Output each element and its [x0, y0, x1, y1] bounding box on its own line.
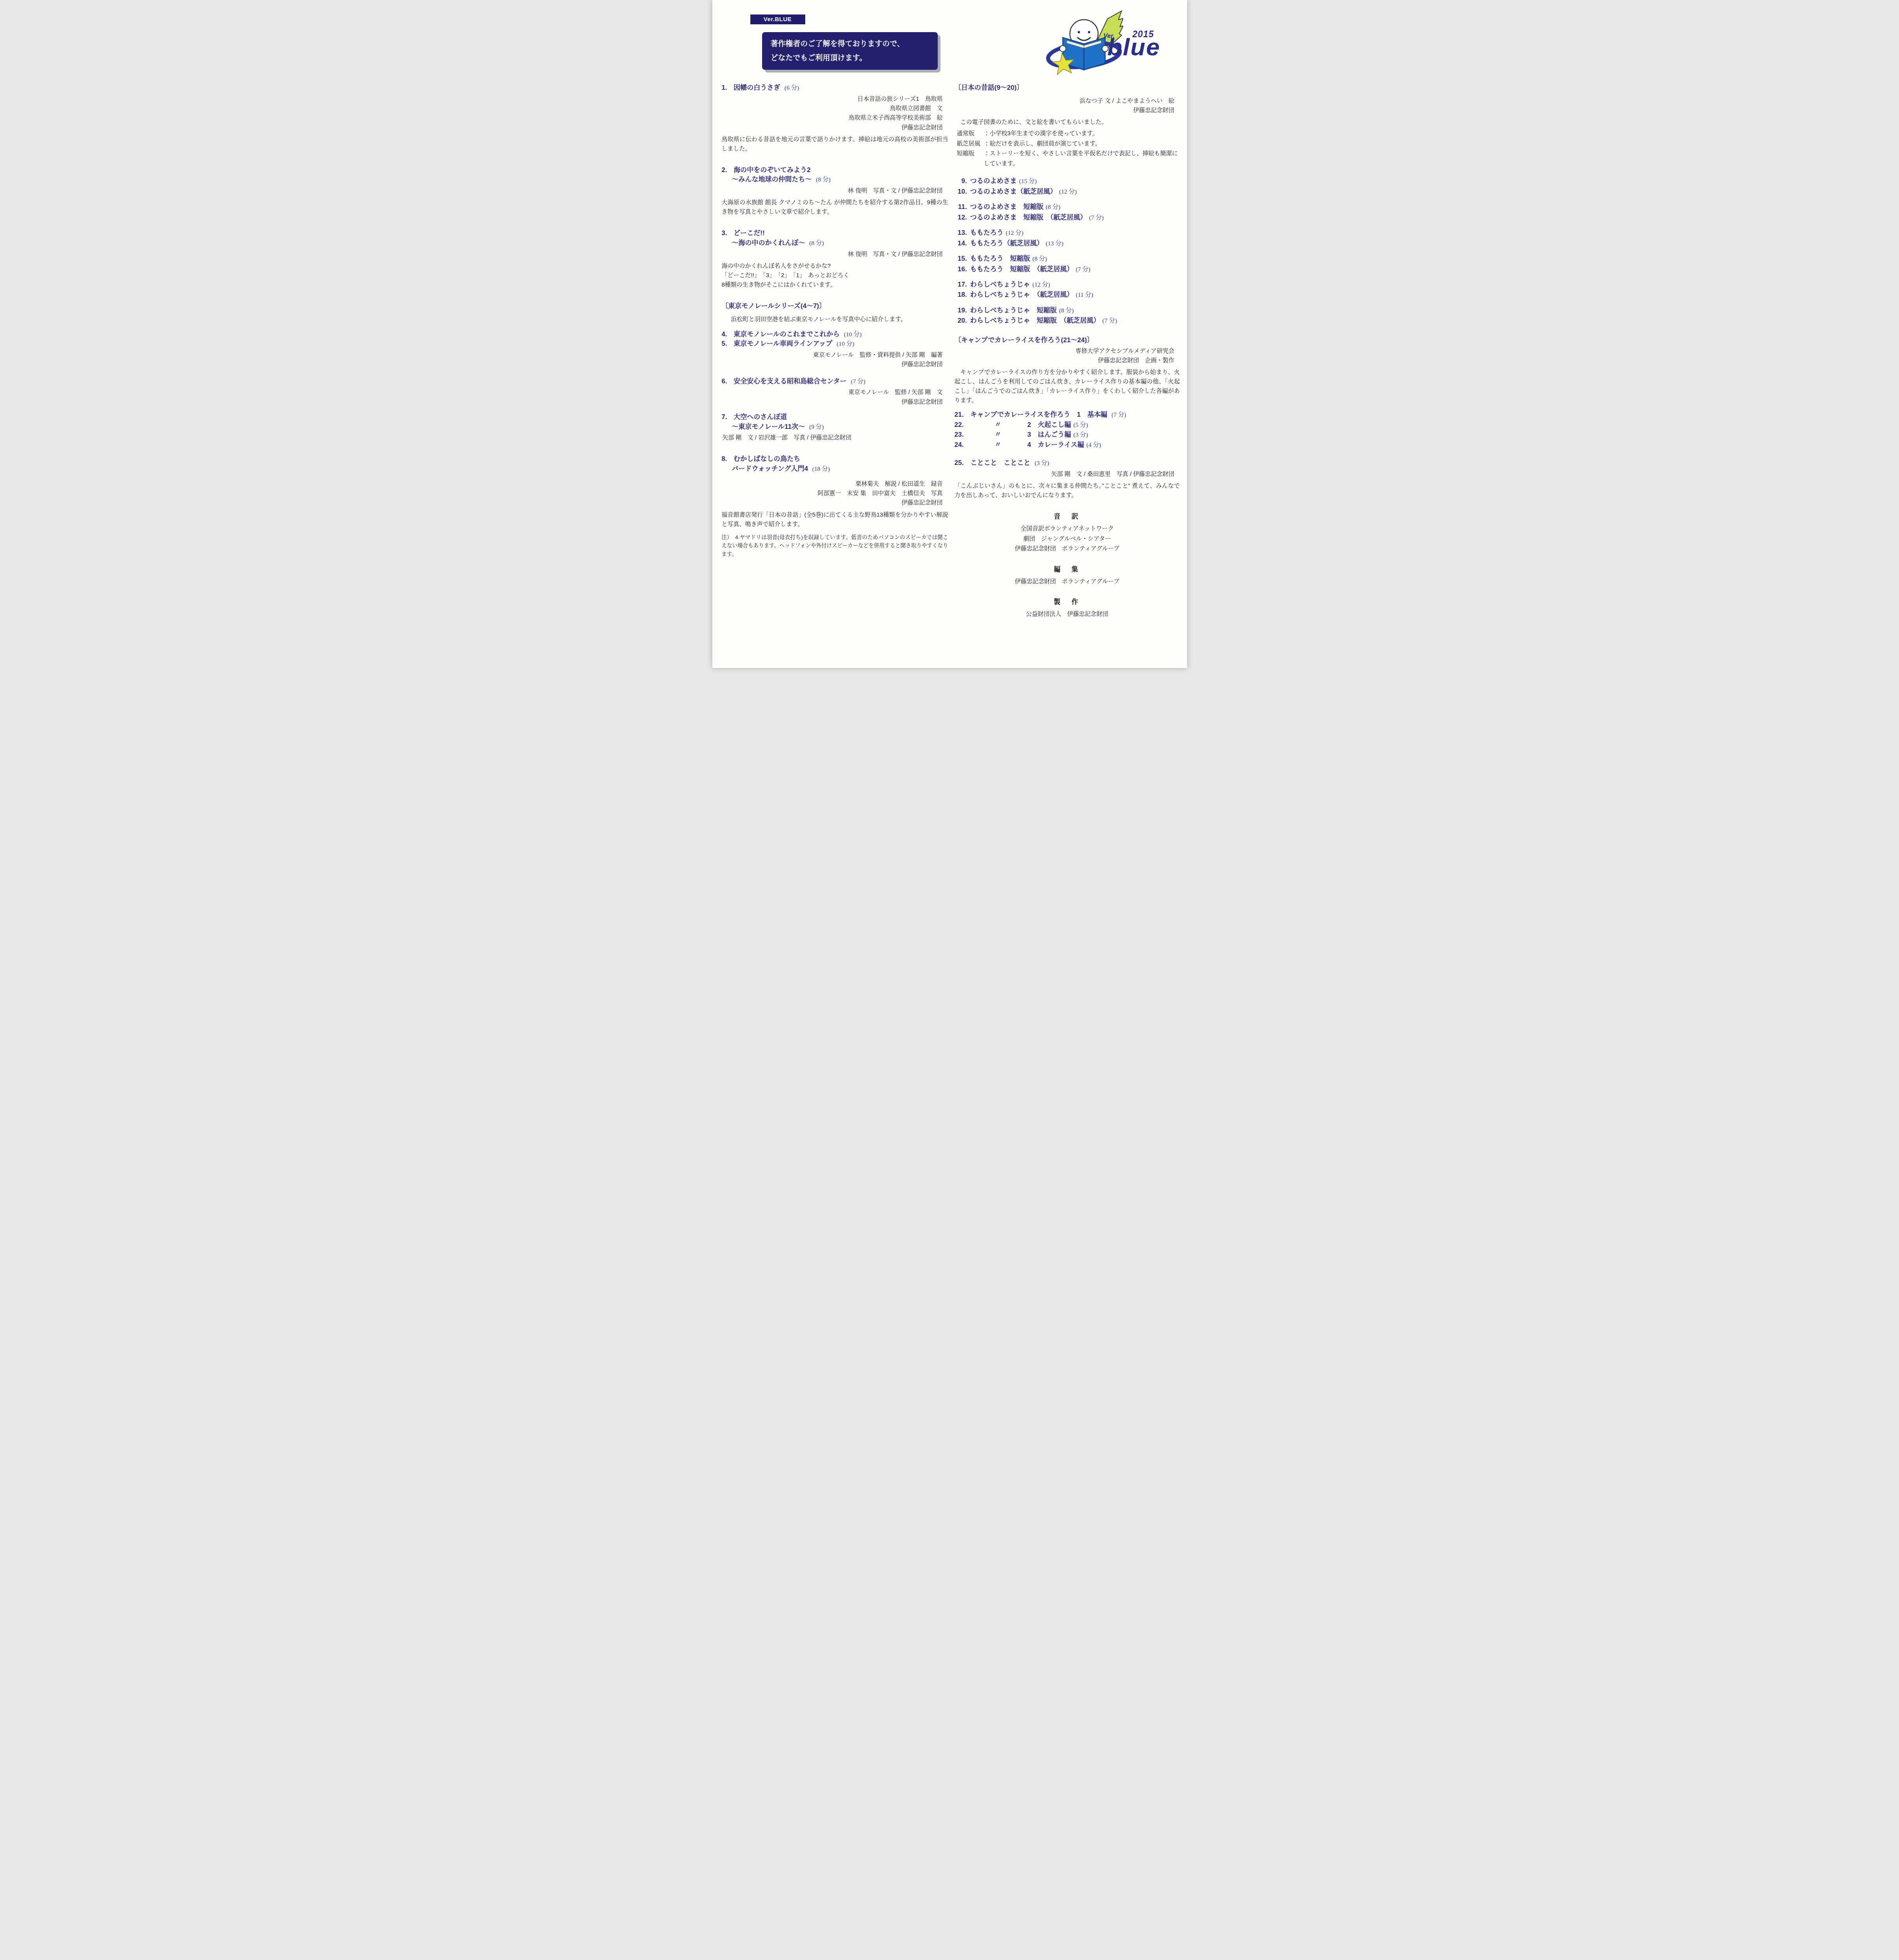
scanned-catalog-page: Ver.BLUE 著作権者のご了解を得ておりますので、 どなたでもご利用頂けます…: [712, 0, 1187, 668]
item-title-line: 21. キャンプでカレーライスを作ろう 1 基本編 (7 分): [955, 410, 1180, 420]
two-column-body: 1. 因幡の白うさぎ (6 分) 日本昔話の旅シリーズ1 鳥取県 鳥取県立図書館…: [712, 83, 1187, 619]
page-header: Ver.BLUE 著作権者のご了解を得ておりますので、 どなたでもご利用頂けます…: [712, 0, 1187, 83]
staff-credits: 音 訳全国音訳ボランティアネットワーク 劇団 ジャングルベル・シアター 伊藤忠記…: [955, 511, 1180, 619]
item-number: 11.: [955, 202, 967, 211]
item-title: ことこと ことこと: [970, 459, 1030, 466]
item-duration: (12 分): [1057, 188, 1077, 196]
item-number: 21.: [955, 410, 969, 420]
item-part: 2 火起こし編: [1028, 421, 1071, 428]
item-description: 福音館書店発行「日本の昔話」(全5巻)に出てくる主な野鳥13種類を分かりやすい解…: [722, 510, 948, 529]
item-number: 2.: [722, 165, 732, 175]
series-description: キャンプでカレーライスの作り方を分かりやすく紹介します。服装から始まり、火起こし…: [955, 368, 1180, 405]
item-number: 13.: [955, 228, 967, 237]
staff-lines: 全国音訳ボランティアネットワーク 劇団 ジャングルベル・シアター 伊藤忠記念財団…: [955, 524, 1180, 554]
item-subtitle-line: 〜みんな地球の仲間たち〜 (8 分): [722, 175, 948, 185]
item-number: 24.: [955, 440, 969, 450]
staff-heading: 音 訳: [955, 511, 1180, 521]
item-duration: (7 分): [848, 378, 865, 385]
item-title: ももたろう: [970, 228, 1004, 237]
item-credits: 栗林菊夫 解説 / 松田道生 録音 阿部憲一 末安 集 田中富夫 土橋信夫 写真…: [722, 479, 948, 508]
item-number: 15.: [955, 254, 967, 263]
series-credits: 浜なつ子 文 / よこやまようへい 絵 伊藤忠記念財団: [955, 96, 1180, 116]
version-row: 短縮版：ストーリーを短く、やさしい言葉を平仮名だけで表記し、挿絵も簡潔にしていま…: [955, 149, 1180, 169]
item-number: 25.: [955, 458, 969, 468]
item-duration: (10 分): [842, 331, 862, 338]
item-number: 17.: [955, 280, 967, 289]
monorail-series-section: 〔東京モノレールシリーズ(4〜7)〕 浜松町と羽田空港を結ぶ東京モノレールを写真…: [722, 301, 948, 443]
item-number: 6.: [722, 377, 732, 387]
version-label: 通常版: [957, 129, 984, 139]
list-item: 10.つるのよめさま（紙芝居風）(12 分): [955, 187, 1180, 196]
item-credits: 矢部 剛 文 / 桑田恵里 写真 / 伊藤忠記念財団: [955, 470, 1180, 479]
staff-heading: 製 作: [955, 597, 1180, 606]
item-number: 16.: [955, 265, 967, 274]
item-title: わらしべちょうじゃ （紙芝居風）: [970, 290, 1074, 299]
series-header: 〔日本の昔話(9〜20)〕: [955, 83, 1180, 93]
ditto-mark: 〃: [969, 430, 1028, 440]
item-title-line: 1. 因幡の白うさぎ (6 分): [722, 83, 948, 93]
item-number: 8.: [722, 454, 732, 464]
item-title: どーこだ!!: [733, 229, 764, 237]
item-duration: (12 分): [1004, 229, 1024, 237]
item-number: 22.: [955, 420, 969, 430]
list-item: 14.ももたろう（紙芝居風）(13 分): [955, 239, 1180, 248]
left-column: 1. 因幡の白うさぎ (6 分) 日本昔話の旅シリーズ1 鳥取県 鳥取県立図書館…: [722, 83, 948, 619]
list-item: 19.わらしべちょうじゃ 短縮版(8 分): [955, 306, 1180, 315]
item-part-line: 3 はんごう編(3 分): [1028, 430, 1180, 440]
item-title: つるのよめさま 短縮版 （紙芝居風）: [970, 213, 1087, 222]
camp-series-section: 〔キャンプでカレーライスを作ろう(21〜24)〕 専修大学アクセシブルメディア研…: [955, 336, 1180, 450]
item-duration: (6 分): [782, 85, 799, 91]
version-label: 短縮版: [957, 149, 984, 169]
item-duration: (10 分): [834, 341, 854, 347]
item-duration: (7 分): [1073, 265, 1090, 274]
item-description: 「こんぶじいさん」のもとに、次々に集まる仲間たち。”ことこと” 煮えて、みんなで…: [955, 481, 1180, 500]
item-duration: (8 分): [813, 176, 830, 183]
list-item: 18.わらしべちょうじゃ （紙芝居風）(11 分): [955, 290, 1180, 299]
item-title: つるのよめさま 短縮版: [970, 202, 1044, 211]
list-item: 11.つるのよめさま 短縮版(8 分): [955, 202, 1180, 211]
item-title-line: 7. 大空へのさんぽ道: [722, 412, 948, 422]
version-label: 紙芝居風: [957, 139, 984, 149]
list-item: 17.わらしべちょうじゃ(12 分): [955, 280, 1180, 289]
item-credits: 林 俊明 写真・文 / 伊藤忠記念財団: [722, 250, 948, 259]
list-item: 15.ももたろう 短縮版(8 分): [955, 254, 1180, 263]
version-text: ：ストーリーを短く、やさしい言葉を平仮名だけで表記し、挿絵も簡潔にしています。: [984, 149, 1180, 169]
item-title: キャンプでカレーライスを作ろう 1 基本編: [970, 411, 1107, 418]
series-header: 〔東京モノレールシリーズ(4〜7)〕: [722, 301, 948, 311]
item-duration: (3 分): [1071, 432, 1088, 438]
item-title: ももたろう 短縮版: [970, 254, 1030, 263]
item-title: 東京モノレールのこれまでこれから: [733, 330, 840, 338]
item-part-line: 4 カレーライス編(4 分): [1028, 440, 1180, 450]
item-duration: (7 分): [1087, 214, 1104, 222]
staff-section: 編 集伊藤忠記念財団 ボランティアグループ: [955, 564, 1180, 587]
item-subtitle: バードウォッチング入門4: [732, 465, 808, 472]
item-title: 海の中をのぞいてみよう2: [733, 166, 810, 174]
item-part: 4 カレーライス編: [1028, 441, 1084, 448]
item-title: 東京モノレール車両ラインアップ: [733, 340, 832, 347]
item-description: 鳥取県に伝わる昔話を地元の言葉で語りかけます。挿絵は地元の高校の美術部が担当しま…: [722, 135, 948, 154]
ditto-mark: 〃: [969, 440, 1028, 450]
staff-section: 音 訳全国音訳ボランティアネットワーク 劇団 ジャングルベル・シアター 伊藤忠記…: [955, 511, 1180, 554]
staff-heading: 編 集: [955, 564, 1180, 573]
series-intro: 浜松町と羽田空港を結ぶ東京モノレールを写真中心に紹介します。: [731, 315, 948, 324]
item-part: 3 はんごう編: [1028, 431, 1071, 438]
copyright-notice-box: 著作権者のご了解を得ておりますので、 どなたでもご利用頂けます。: [762, 32, 938, 70]
staff-section: 製 作公益財団法人 伊藤忠記念財団: [955, 597, 1180, 619]
item-duration: (13 分): [1044, 240, 1064, 248]
item-duration: (8 分): [807, 240, 824, 247]
item-title-line: 5. 東京モノレール車両ラインアップ (10 分): [722, 339, 948, 349]
list-item: 20.わらしべちょうじゃ 短縮版 （紙芝居風）(7 分): [955, 316, 1180, 325]
item-number: 20.: [955, 316, 967, 325]
item-title-line: 6. 安全安心を支える昭和島総合センター (7 分): [722, 377, 948, 387]
item-number: 19.: [955, 306, 967, 315]
ditto-mark: 〃: [969, 420, 1028, 430]
item-title: わらしべちょうじゃ 短縮版: [970, 306, 1057, 315]
item-description: 大海原の水族館 館長 クマノミのち〜たん が仲間たちを紹介する第2作品目。9種の…: [722, 198, 948, 217]
item-credits: 東京モノレール 監修 / 矢部 剛 文 伊藤忠記念財団: [722, 388, 948, 407]
item-description: 海の中のかくれんぼ名人をさがせるかな? 「どーこだ!!」 「3」 「2」 「1」…: [722, 261, 948, 290]
item-duration: (9 分): [807, 424, 824, 430]
mukashi-series-section: 〔日本の昔話(9〜20)〕 浜なつ子 文 / よこやまようへい 絵 伊藤忠記念財…: [955, 83, 1180, 169]
item-subtitle: 〜東京モノレール11次〜: [732, 423, 805, 430]
item-credits: 日本昔話の旅シリーズ1 鳥取県 鳥取県立図書館 文 鳥取県立米子西高等学校美術部…: [722, 94, 948, 132]
version-row: 通常版：小学校3年生までの漢字を使っています。: [955, 129, 1180, 139]
item-duration: (8 分): [1057, 307, 1074, 315]
version-row: 紙芝居風：絵だけを表示し、劇団員が演じています。: [955, 139, 1180, 149]
item-duration: (12 分): [1030, 281, 1050, 289]
item-number: 3.: [722, 229, 732, 238]
item-title: わらしべちょうじゃ 短縮版 （紙芝居風）: [970, 316, 1100, 325]
version-badge: Ver.BLUE: [750, 15, 805, 24]
item-title: わらしべちょうじゃ: [970, 280, 1030, 289]
list-item: 9.つるのよめさま(15 分): [955, 176, 1180, 185]
version-rows: 通常版：小学校3年生までの漢字を使っています。紙芝居風：絵だけを表示し、劇団員が…: [955, 129, 1180, 169]
item-title: ももたろう（紙芝居風）: [970, 239, 1044, 248]
item-title-line: 25. ことこと ことこと (3 分): [955, 458, 1180, 468]
item-duration: (7 分): [1100, 317, 1117, 325]
staff-lines: 伊藤忠記念財団 ボランティアグループ: [955, 577, 1180, 587]
item-title: むかしばなしの鳥たち: [733, 455, 800, 463]
item-number: 12.: [955, 213, 967, 222]
item-title: 因幡の白うさぎ: [733, 84, 780, 91]
item-number: 10.: [955, 187, 967, 196]
version-legend: 通常版：小学校3年生までの漢字を使っています。紙芝居風：絵だけを表示し、劇団員が…: [955, 129, 1180, 169]
catalog-item-25: 25. ことこと ことこと (3 分) 矢部 剛 文 / 桑田恵里 写真 / 伊…: [955, 458, 1180, 500]
item-footnote: 注） 4.ヤマドリは羽音(母衣打ち)を収録しています。低音のためパソコンのスピー…: [722, 533, 948, 559]
staff-lines: 公益財団法人 伊藤忠記念財団: [955, 609, 1180, 619]
item-title: 大空へのさんぽ道: [733, 413, 787, 421]
item-number: 7.: [722, 412, 732, 422]
item-number: 14.: [955, 239, 967, 248]
item-number: 23.: [955, 430, 969, 440]
item-number: 1.: [722, 83, 732, 93]
version-text: ：絵だけを表示し、劇団員が演じています。: [984, 139, 1180, 149]
catalog-item-8: 8. むかしばなしの鳥たち バードウォッチング入門4 (18 分) 栗林菊夫 解…: [722, 454, 948, 558]
item-number: 4.: [722, 330, 732, 339]
item-credits: 林 俊明 写真・文 / 伊藤忠記念財団: [722, 186, 948, 196]
series-header: 〔キャンプでカレーライスを作ろう(21〜24)〕: [955, 336, 1180, 345]
item-subtitle: 〜海の中のかくれんぼ〜: [732, 239, 805, 247]
series-intro: この電子図書のために、文と絵を書いてもらいました。: [955, 118, 1180, 127]
item-credits: 東京モノレール 監修・資料提供 / 矢部 剛 編著 伊藤忠記念財団: [722, 350, 948, 370]
item-number: 9.: [955, 176, 967, 185]
item-duration: (18 分): [810, 466, 830, 472]
series-credits: 専修大学アクセシブルメディア研究会 伊藤忠記念財団 企画・製作: [955, 347, 1180, 366]
logo-blue-word: blue: [1107, 35, 1160, 60]
list-item: 24.〃4 カレーライス編(4 分): [955, 440, 1180, 450]
list-item: 22.〃2 火起こし編(5 分): [955, 420, 1180, 430]
story-items: 9.つるのよめさま(15 分)10.つるのよめさま（紙芝居風）(12 分)11.…: [955, 176, 1180, 325]
item-part-line: 2 火起こし編(5 分): [1028, 420, 1180, 430]
list-item: 23.〃3 はんごう編(3 分): [955, 430, 1180, 440]
item-subtitle-line: バードウォッチング入門4 (18 分): [722, 464, 948, 474]
catalog-item-1: 1. 因幡の白うさぎ (6 分) 日本昔話の旅シリーズ1 鳥取県 鳥取県立図書館…: [722, 83, 948, 154]
item-title: つるのよめさま（紙芝居風）: [970, 187, 1057, 196]
item-credits: 矢部 剛 文 / 岩沢雄一郎 写真 / 伊藤忠記念財団: [722, 433, 948, 443]
item-duration: (5 分): [1071, 422, 1088, 428]
item-duration: (8 分): [1044, 203, 1060, 211]
item-title: ももたろう 短縮版 （紙芝居風）: [970, 265, 1074, 274]
list-item: 13.ももたろう(12 分): [955, 228, 1180, 237]
item-subtitle-line: 〜海の中のかくれんぼ〜 (8 分): [722, 238, 948, 248]
version-text: ：小学校3年生までの漢字を使っています。: [984, 129, 1180, 139]
item-title: つるのよめさま: [970, 176, 1017, 185]
item-number: 5.: [722, 339, 732, 349]
item-duration: (11 分): [1073, 291, 1093, 299]
item-title-line: 2. 海の中をのぞいてみよう2: [722, 165, 948, 175]
item-duration: (3 分): [1032, 460, 1049, 466]
item-duration: (8 分): [1030, 255, 1047, 263]
list-item: 16.ももたろう 短縮版 （紙芝居風）(7 分): [955, 265, 1180, 274]
item-duration: (15 分): [1017, 177, 1037, 185]
item-title: 安全安心を支える昭和島総合センター: [733, 377, 846, 385]
item-title-line: 8. むかしばなしの鳥たち: [722, 454, 948, 464]
catalog-item-2: 2. 海の中をのぞいてみよう2 〜みんな地球の仲間たち〜 (8 分) 林 俊明 …: [722, 165, 948, 217]
catalog-item-3: 3. どーこだ!! 〜海の中のかくれんぼ〜 (8 分) 林 俊明 写真・文 / …: [722, 229, 948, 290]
ver-blue-logo: Ver. 2015 blue: [1045, 8, 1170, 78]
item-subtitle-line: 〜東京モノレール11次〜 (9 分): [722, 422, 948, 432]
item-duration: (7 分): [1109, 412, 1126, 418]
item-duration: (4 分): [1084, 442, 1101, 448]
item-title-line: 4. 東京モノレールのこれまでこれから (10 分): [722, 330, 948, 339]
list-item: 12.つるのよめさま 短縮版 （紙芝居風）(7 分): [955, 213, 1180, 222]
item-subtitle: 〜みんな地球の仲間たち〜: [732, 176, 812, 183]
right-column: 〔日本の昔話(9〜20)〕 浜なつ子 文 / よこやまようへい 絵 伊藤忠記念財…: [955, 83, 1180, 619]
item-number: 18.: [955, 290, 967, 299]
item-title-line: 3. どーこだ!!: [722, 229, 948, 238]
ditto-items: 22.〃2 火起こし編(5 分)23.〃3 はんごう編(3 分)24.〃4 カレ…: [955, 420, 1180, 450]
